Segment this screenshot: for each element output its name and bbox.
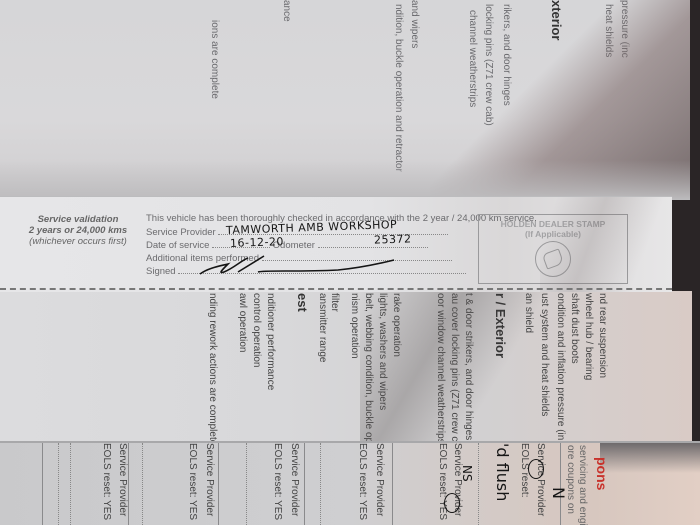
validation-form: This vehicle has been thoroughly checked… <box>146 212 476 277</box>
checklist-line: awl operation <box>237 293 248 352</box>
service-validation-label: Service validation 2 years or 24,000 kms… <box>8 214 148 247</box>
checklist-line: ansmitter range <box>317 293 328 362</box>
handwritten-provider: NS <box>460 465 474 482</box>
checklist-line: filter <box>329 293 340 312</box>
checklist-line: nditioner performance <box>265 293 276 390</box>
page-curl-shadow <box>0 160 690 200</box>
strip-shadow <box>540 197 672 292</box>
checklist-line: nism operation <box>349 293 360 359</box>
section-heading-test: est <box>295 293 310 312</box>
odometer-value: 25372 <box>374 232 412 246</box>
checklist-line: nding rework actions are complete <box>207 293 218 445</box>
coupon-provider-label: Service Provider <box>289 443 300 516</box>
page-edge-shadow <box>600 443 700 473</box>
coupon-eols-label: EOLS reset: YES <box>272 443 283 520</box>
signed-label: Signed <box>146 266 176 277</box>
hand-shadow <box>360 291 692 441</box>
date-of-service-value: 16-12-20 <box>230 235 284 250</box>
handwritten-note: 'd flush <box>493 443 512 501</box>
perforation-line <box>0 288 672 290</box>
upper-text-line: ance <box>281 0 292 22</box>
yes-circled-icon <box>444 493 460 513</box>
upper-text-line: ions are complete <box>209 20 220 99</box>
coupon-eols-label: EOLS reset: YES <box>357 443 368 520</box>
coupon-provider-label: Service Provider <box>535 443 546 516</box>
coupon-eols-label: EOLS reset: YES <box>101 443 112 520</box>
service-provider-label: Service Provider <box>146 227 216 238</box>
checklist-page: nding rework actions are complete nditio… <box>0 291 692 441</box>
checklist-line: control operation <box>251 293 262 368</box>
coupon-page: Service Provider EOLS reset: YES Service… <box>0 441 700 525</box>
service-provider-row: Service Provider TAMWORTH AMB WORKSHOP <box>146 225 476 238</box>
upper-text-line: ndition, buckle operation and retractor <box>393 4 404 172</box>
coupon-provider-label: Service Provider <box>374 443 385 516</box>
coupon-provider-label: Service Provider <box>117 443 128 516</box>
yes-circled-icon <box>528 459 544 479</box>
upper-booklet-page: ions are complete ance and wipers nditio… <box>0 0 690 200</box>
validation-interval: 2 years or 24,000 kms <box>8 225 148 236</box>
upper-text-line: and wipers <box>409 0 420 48</box>
coupon-intro-line: servicing and engin <box>577 445 588 525</box>
coupons-heading: pons <box>594 457 610 490</box>
service-validation-strip: Service validation 2 years or 24,000 kms… <box>0 196 672 292</box>
coupon-eols-label: EOLS reset: YES <box>187 443 198 520</box>
coupon-provider-label: Service Provider <box>204 443 215 516</box>
coupon-intro-line: ore coupons on <box>565 445 576 514</box>
signature-icon <box>198 250 398 280</box>
validation-title: Service validation <box>8 214 148 225</box>
validation-note: (whichever occurs first) <box>8 236 148 247</box>
